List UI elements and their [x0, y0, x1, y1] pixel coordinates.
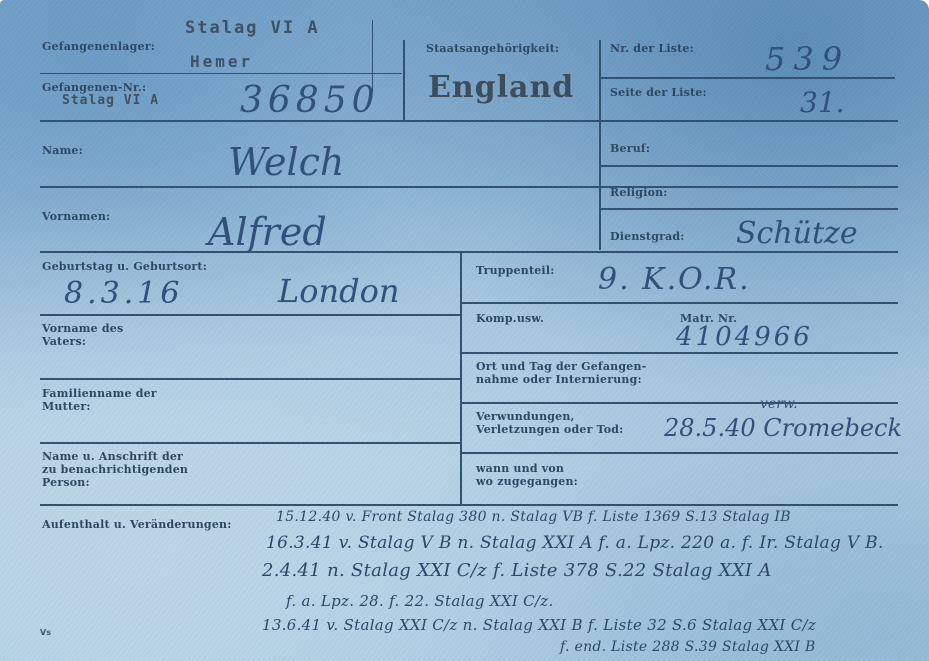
mother-name-label: Familienname der Mutter: [42, 387, 157, 413]
list-no-value: 539 [765, 40, 850, 78]
rank-value: Schütze [736, 216, 858, 251]
rule [40, 186, 898, 188]
service-no-value: 4104966 [676, 322, 813, 352]
rule [462, 302, 898, 304]
nationality-label: Staatsangehörigkeit: [426, 42, 559, 55]
surname-label: Name: [42, 144, 83, 157]
rule [599, 40, 601, 250]
movements-label: Aufenthalt u. Veränderungen: [42, 518, 232, 531]
rule [40, 251, 898, 253]
religion-label: Religion: [610, 186, 668, 199]
company-label: Komp.usw. [476, 312, 544, 325]
unit-label: Truppenteil: [476, 264, 554, 277]
list-page-value: 31. [800, 86, 845, 119]
rule [600, 208, 898, 210]
movement-line: 15.12.40 v. Front Stalag 380 n. Stalag V… [276, 506, 791, 528]
notify-person-label: Name u. Anschrift der zu benachrichtigen… [42, 450, 188, 489]
rule [460, 252, 462, 504]
rule [40, 314, 460, 316]
profession-label: Beruf: [610, 142, 650, 155]
rule [600, 77, 895, 79]
rule [462, 352, 898, 354]
birth-date-value: 8.3.16 [64, 276, 183, 311]
prisoner-no-value: 36850 [240, 80, 380, 121]
surname-value: Welch [228, 140, 344, 184]
birth-label: Geburtstag u. Geburtsort: [42, 260, 207, 273]
movement-line: 13.6.41 v. Stalag XXI C/z n. Stalag XXI … [262, 614, 816, 636]
rule [600, 165, 898, 167]
rule [403, 40, 405, 120]
wounds-label: Verwundungen, Verletzungen oder Tod: [476, 410, 623, 436]
list-no-label: Nr. der Liste: [610, 42, 694, 55]
rule [462, 452, 898, 454]
prisoner-no-stamp: Stalag VI A [62, 93, 159, 108]
camp-stamp-line1: Stalag VI A [185, 18, 320, 38]
rule [40, 378, 460, 380]
first-names-value: Alfred [208, 210, 327, 254]
movement-line: f. a. Lpz. 28. f. 22. Stalag XXI C/z. [286, 590, 554, 612]
arrival-label: wann und von wo zugegangen: [476, 462, 578, 488]
wounds-annotation: verw. [760, 396, 798, 412]
movement-line: f. end. Liste 288 S.39 Stalag XXI B [560, 636, 816, 658]
rule [40, 120, 898, 122]
list-page-label: Seite der Liste: [610, 86, 707, 99]
first-names-label: Vornamen: [42, 210, 110, 223]
camp-label: Gefangenenlager: [42, 40, 155, 53]
movement-line: 2.4.41 n. Stalag XXI C/z f. Liste 378 S.… [262, 560, 772, 582]
pow-record-card: Stalag VI A Gefangenenlager: Hemer Gefan… [0, 0, 929, 661]
rule [40, 73, 402, 74]
rule [462, 402, 898, 404]
birth-place-value: London [278, 272, 399, 310]
father-name-label: Vorname des Vaters: [42, 322, 123, 348]
camp-stamp-line2: Hemer [190, 52, 253, 71]
movement-line: 16.3.41 v. Stalag V B n. Stalag XXI A f.… [266, 532, 884, 554]
wounds-value: 28.5.40 Cromebeck [664, 414, 902, 442]
rule [40, 442, 460, 444]
footer-mark: Vs [40, 628, 51, 637]
capture-label: Ort und Tag der Gefangen- nahme oder Int… [476, 360, 646, 386]
rank-label: Dienstgrad: [610, 230, 685, 243]
unit-value: 9. K.O.R. [598, 262, 751, 297]
nationality-value: England [428, 70, 574, 105]
